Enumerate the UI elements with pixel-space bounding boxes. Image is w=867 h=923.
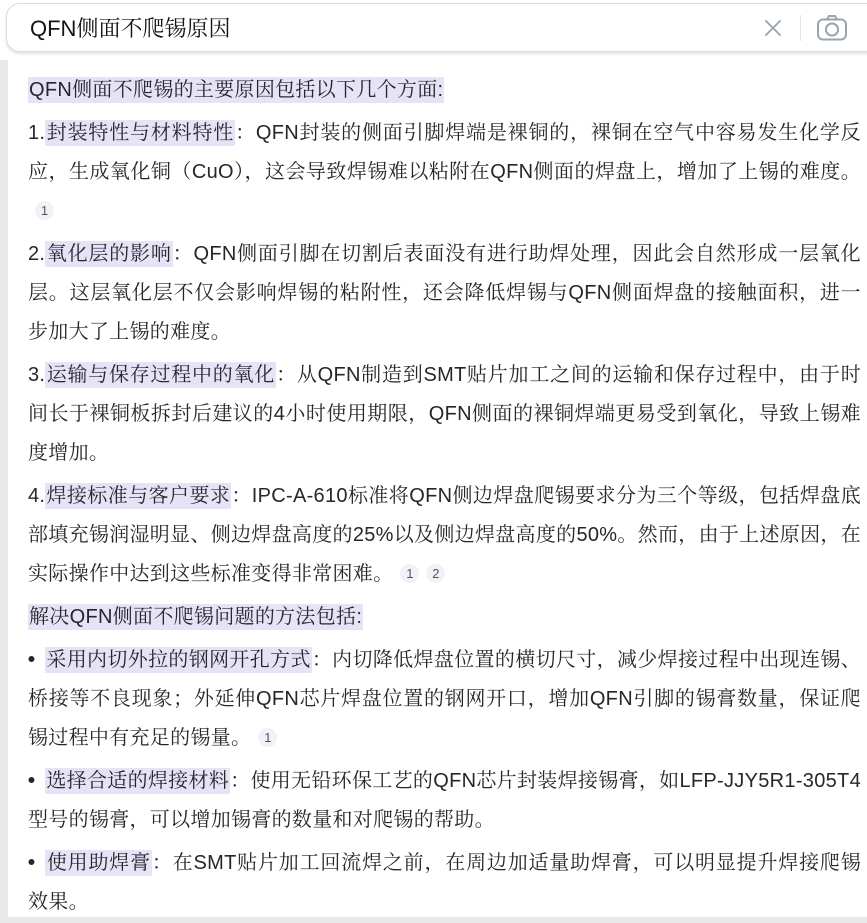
intro-highlight: QFN侧面不爬锡的主要原因包括以下几个方面:	[28, 77, 444, 103]
reason-keyword: 焊接标准与客户要求	[45, 483, 231, 509]
bullet-icon: •	[28, 842, 36, 885]
bullet-icon: •	[28, 760, 36, 803]
camera-search-button[interactable]	[816, 13, 848, 42]
bullet-icon: •	[28, 639, 36, 682]
answer-intro: QFN侧面不爬锡的主要原因包括以下几个方面:	[28, 71, 861, 110]
solution-item: •使用助焊膏：在SMT贴片加工回流焊之前，在周边加适量助焊膏，可以明显提升焊接爬…	[28, 844, 861, 922]
citation-badge[interactable]: 1	[258, 728, 277, 747]
answer-content: QFN侧面不爬锡的主要原因包括以下几个方面: 1.封装特性与材料特性：QFN封装…	[0, 0, 867, 922]
search-input[interactable]: QFN侧面不爬锡原因	[7, 12, 761, 43]
reason-keyword: 封装特性与材料特性	[45, 120, 235, 146]
solution-item: •选择合适的焊接材料：使用无铅环保工艺的QFN芯片封装焊接锡膏，如LFP-JJY…	[28, 762, 861, 840]
search-bar[interactable]: QFN侧面不爬锡原因	[6, 3, 867, 52]
searchbar-divider	[800, 15, 801, 41]
reason-item: 2.氧化层的影响：QFN侧面引脚在切割后表面没有进行助焊处理，因此会自然形成一层…	[28, 235, 861, 352]
reason-keyword: 运输与保存过程中的氧化	[45, 362, 276, 388]
close-icon	[761, 16, 785, 40]
solution-keyword: 采用内切外拉的钢网开孔方式	[45, 647, 312, 673]
solutions-intro: 解决QFN侧面不爬锡问题的方法包括:	[28, 598, 861, 637]
citation-badge[interactable]: 1	[400, 564, 419, 583]
solution-body: ：在SMT贴片加工回流焊之前，在周边加适量助焊膏，可以明显提升焊接爬锡效果。	[28, 852, 861, 913]
citation-badge[interactable]: 1	[35, 201, 54, 220]
solution-keyword: 使用助焊膏	[45, 850, 152, 876]
solutions-intro-highlight: 解决QFN侧面不爬锡问题的方法包括:	[28, 604, 363, 630]
reason-number: 1.	[28, 122, 45, 144]
clear-button[interactable]	[761, 16, 785, 40]
reason-item: 3.运输与保存过程中的氧化：从QFN制造到SMT贴片加工之间的运输和保存过程中，…	[28, 356, 861, 473]
reason-number: 2.	[28, 243, 45, 265]
camera-icon	[816, 13, 848, 42]
citation-badge[interactable]: 2	[426, 564, 445, 583]
reason-number: 4.	[28, 485, 45, 507]
reason-item: 1.封装特性与材料特性：QFN封装的侧面引脚焊端是裸铜的，裸铜在空气中容易发生化…	[28, 114, 861, 231]
solution-keyword: 选择合适的焊接材料	[45, 768, 230, 794]
reason-keyword: 氧化层的影响	[45, 241, 172, 267]
solution-item: •采用内切外拉的钢网开孔方式：内切降低焊盘位置的横切尺寸，减少焊接过程中出现连锡…	[28, 641, 861, 758]
reason-item: 4.焊接标准与客户要求：IPC-A-610标准将QFN侧边焊盘爬锡要求分为三个等…	[28, 477, 861, 594]
reason-number: 3.	[28, 364, 45, 386]
